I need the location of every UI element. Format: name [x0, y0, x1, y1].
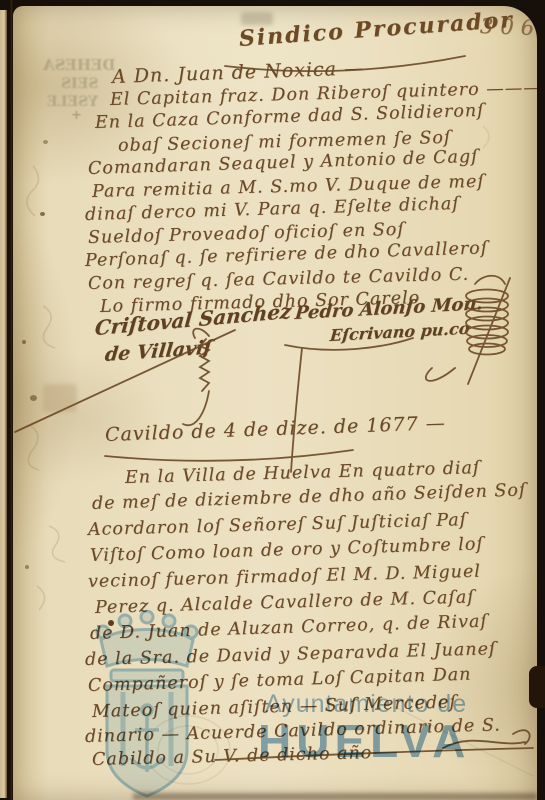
- center-vertical-stroke: [291, 348, 302, 472]
- huelva-crest-icon: [85, 610, 210, 800]
- bottom-scan-shadow: [133, 793, 537, 800]
- cabildo-heading-underline: [105, 450, 353, 461]
- foxing-spot: [43, 140, 48, 144]
- manuscript-page: DEHESA SEIS YSELE + 306 Sindico Procurad…: [13, 6, 537, 800]
- coil-rubric: [426, 276, 510, 384]
- watermark-text-line2: HUELVA: [258, 714, 470, 768]
- archive-watermark: Ayuntamiento de HUELVA: [85, 610, 505, 800]
- foxing-spot: [25, 565, 29, 569]
- left-signature-diagonal-stroke: [15, 330, 235, 432]
- foxing-spot: [22, 340, 26, 344]
- foxing-spot: [108, 620, 114, 626]
- previous-page-edge: [0, 10, 7, 798]
- title-underline: [225, 56, 465, 71]
- scanned-manuscript-viewer: { "document": { "folio_number": "306", "…: [0, 0, 545, 800]
- stain-smudge: [43, 384, 77, 412]
- foxing-spot: [40, 212, 45, 216]
- right-signature-strike: [285, 338, 413, 350]
- right-edge-dark-patch: [529, 666, 545, 708]
- stamp-ghost-smudge: [241, 12, 273, 25]
- left-signature-rubric: [200, 339, 209, 391]
- foxing-spot: [30, 395, 37, 401]
